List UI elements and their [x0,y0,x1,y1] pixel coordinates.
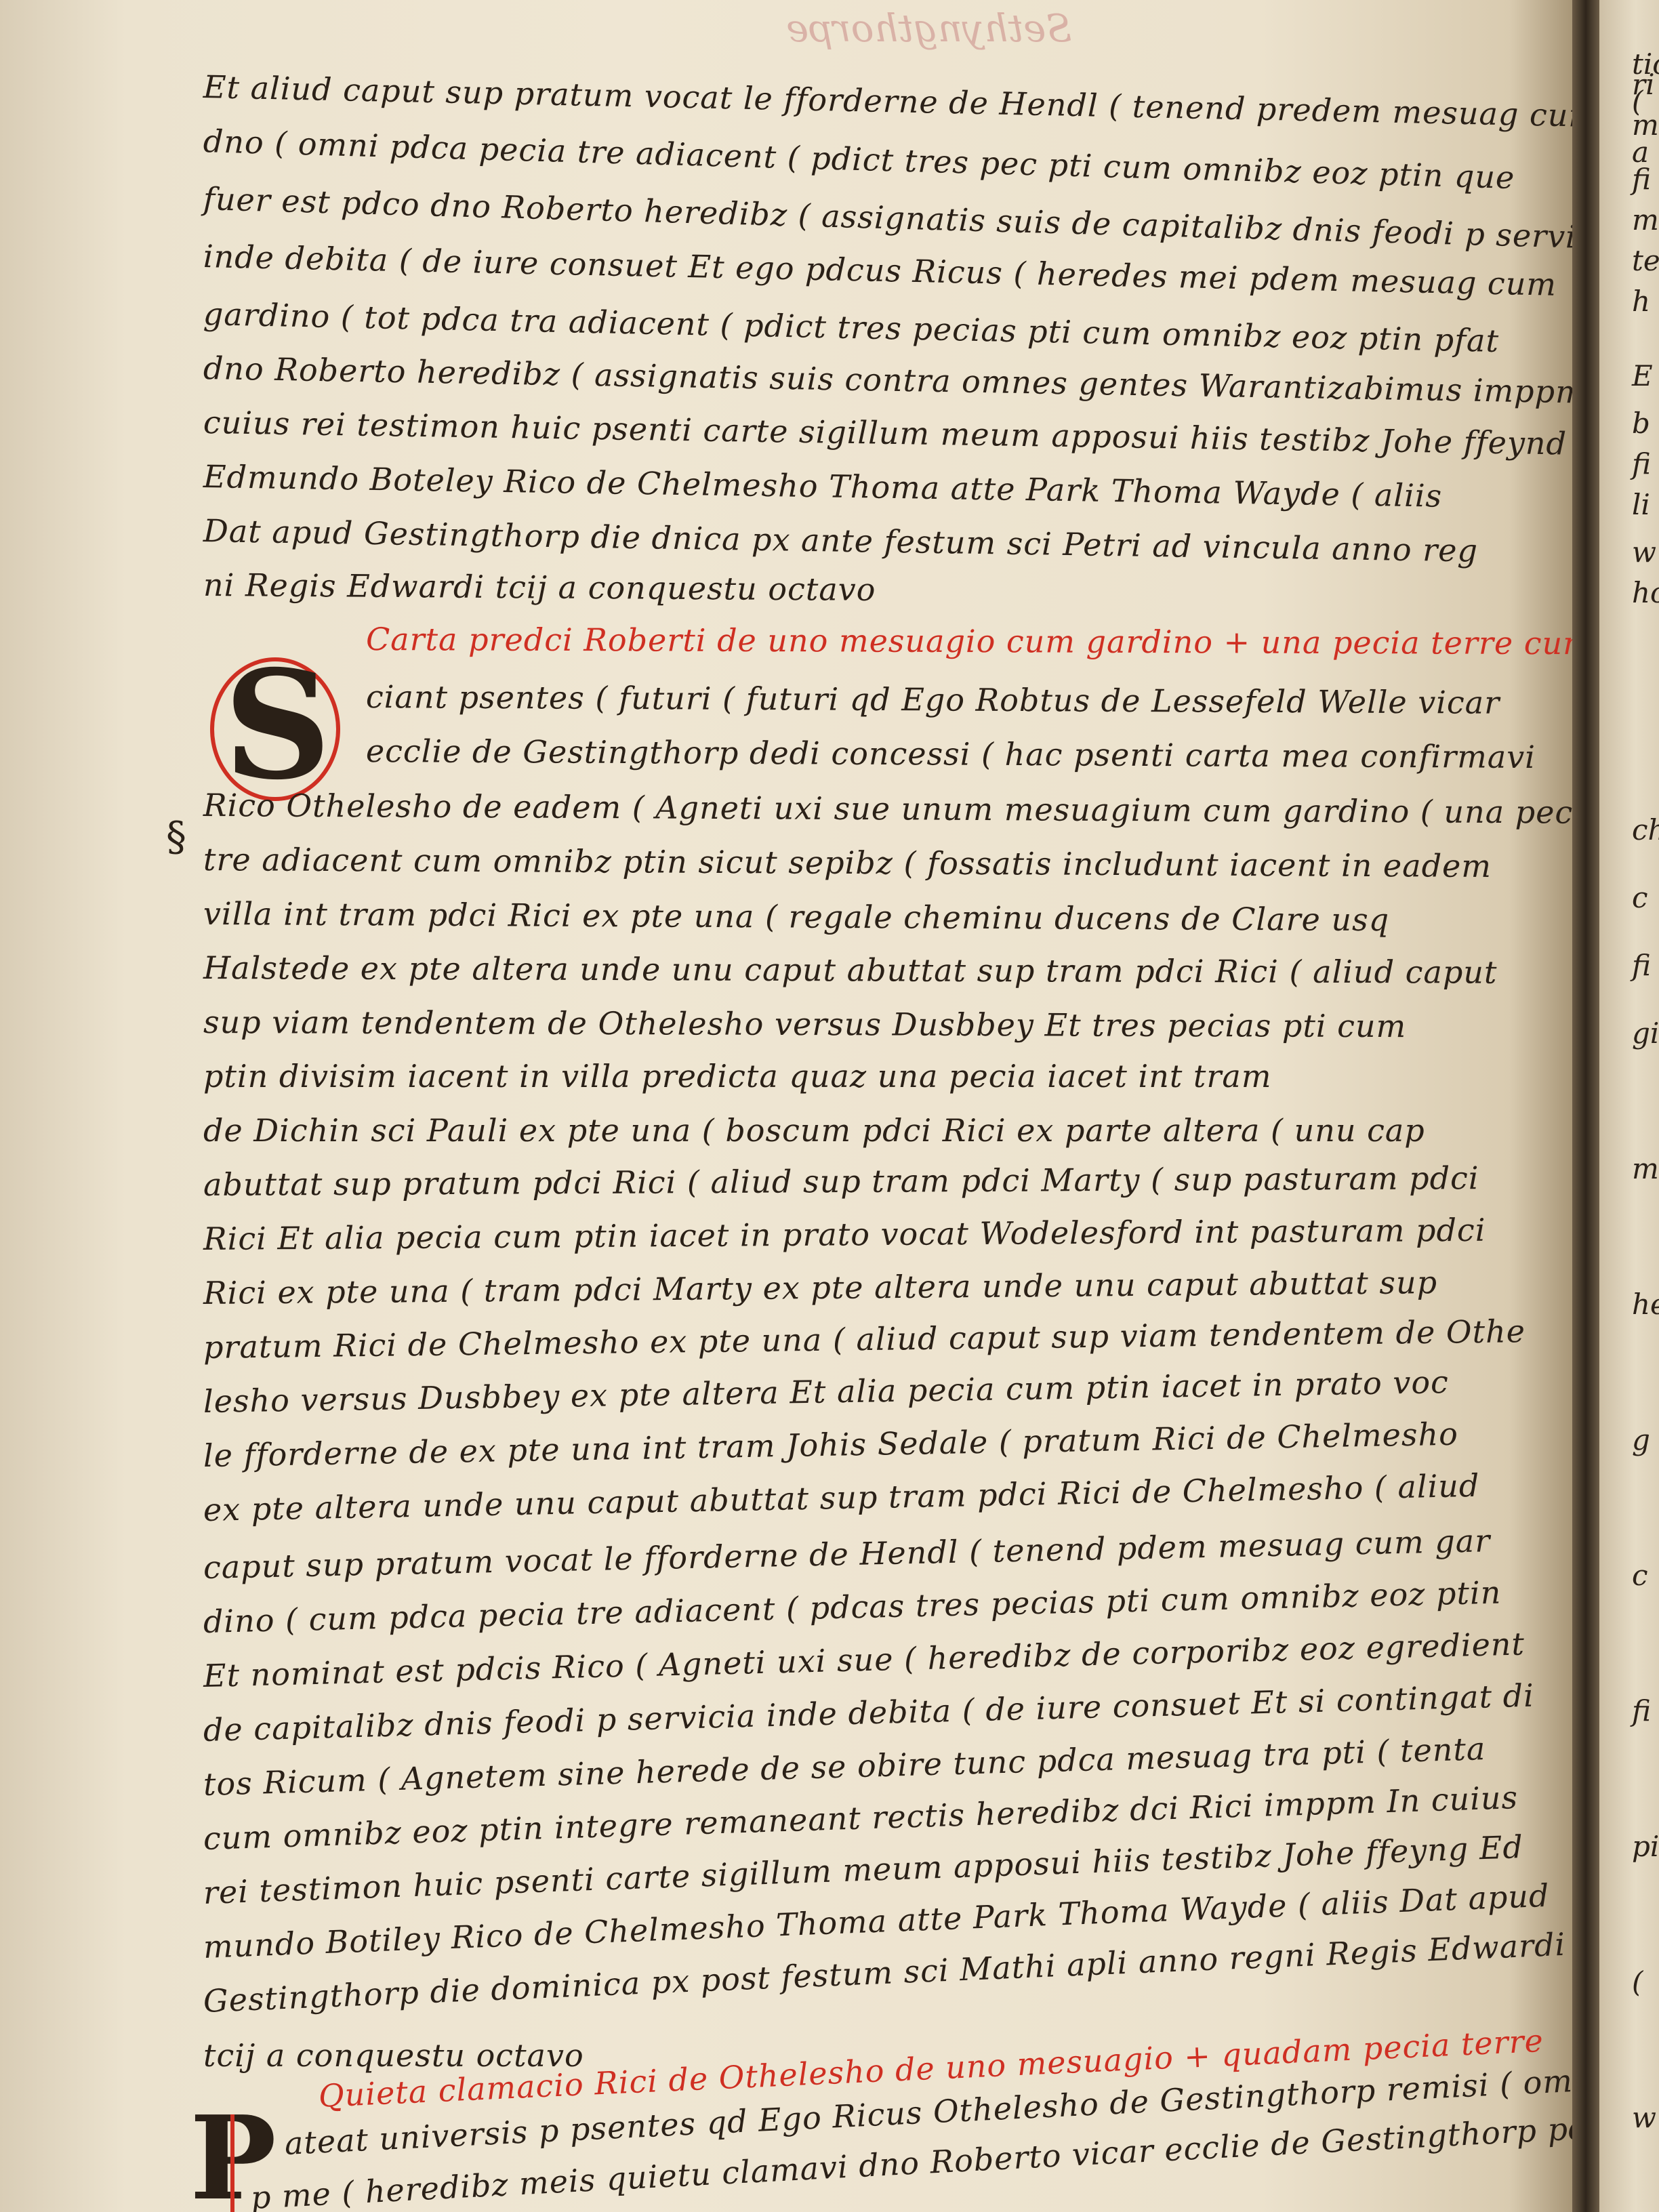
text-line: le fforderne de ex pte una int tram Johi… [203,1418,1492,1471]
facing-page-fragment: fi [1632,163,1651,196]
text-line: ecclie de Gestingthorp dedi concessi ( h… [366,735,1518,773]
text-line: pratum Rici de Chelmesho ex pte una ( al… [203,1316,1491,1363]
text-line: cuius rei testimon huic psenti carte sig… [203,407,1491,458]
facing-page-fragment: te [1632,244,1659,277]
text-line: Halstede ex pte altera unde unu caput ab… [203,952,1491,988]
text-line: Rico Othelesho de eadem ( Agneti uxi sue… [203,790,1491,827]
text-line: gardino ( tot pdca tra adiacent ( pdict … [203,298,1492,356]
facing-page-fragment: b [1632,407,1650,440]
text-line: Edmundo Boteley Rico de Chelmesho Thoma … [203,461,1491,512]
rubric-heading: Carta predci Roberti de uno mesuagio cum… [366,623,1518,659]
facing-page-fragment: h [1632,285,1650,318]
facing-page-fragment: c [1632,881,1648,914]
facing-page-fragment: fi [1632,447,1651,480]
facing-page-fragment: gi [1632,1017,1659,1050]
text-line: lesho versus Dusbbey ex pte altera Et al… [203,1366,1491,1417]
facing-page-fragment: fi [1632,1694,1651,1727]
text-line: Dat apud Gestingthorp die dnica px ante … [203,515,1491,567]
text-line: tre adiacent cum omnibz ptin sicut sepib… [203,844,1491,882]
text-line: ni Regis Edwardi tcij a conquestu octavo [203,569,1491,609]
initial-letter: S [224,651,331,800]
text-line: Rici Et alia pecia cum ptin iacet in pra… [203,1214,1491,1254]
facing-page-fragment: li [1632,488,1650,521]
text-line: ptin divisim iacent in villa predicta qu… [203,1061,1491,1092]
manuscript-page: Sethyngthorpe Et aliud caput sup pratum … [0,0,1572,2212]
text-line: dno Roberto heredibz ( assignatis suis c… [203,352,1492,406]
text-line: dino ( cum pdca pecia tre adiacent ( pdc… [203,1577,1491,1637]
facing-page-fragment: g [1632,1423,1650,1456]
text-line: Et aliud caput sup pratum vocat le fford… [203,71,1492,129]
text-line: sup viam tendentem de Othelesho versus D… [203,1006,1491,1042]
text-line: villa int tram pdci Rici ex pte una ( re… [203,898,1491,936]
text-line: ciant psentes ( futuri ( futuri qd Ego R… [366,681,1518,718]
margin-flourish: § [166,813,186,861]
facing-page-fragment: pi [1632,1830,1659,1863]
text-line: de Dichin sci Pauli ex pte una ( boscum … [203,1115,1491,1146]
facing-page-fragment: ( [1632,1965,1643,1999]
initial-red-stroke [230,2114,234,2212]
text-line: caput sup pratum vocat le fforderne de H… [203,1525,1492,1583]
facing-page-fragment: w [1632,535,1656,569]
facing-page-fragment: w [1632,2101,1656,2134]
facing-page-fragment: m [1632,203,1659,237]
facing-page-fragment: c [1632,1559,1648,1592]
facing-page-fragment: m [1632,1152,1659,1185]
bleed-through-header: Sethyngthorpe [786,7,1072,51]
text-line: ex pte altera unde unu caput abuttat sup… [203,1470,1492,1525]
facing-page-fragment: fi [1632,949,1651,982]
facing-page-edge: tio ri ( m a fi m te h E b fi li w ho ch… [1599,0,1659,2212]
text-line: fuer est pdco dno Roberto heredibz ( ass… [203,183,1491,250]
facing-page-fragment: ho [1632,576,1659,609]
facing-page-fragment: ch [1632,813,1659,846]
book-gutter [1572,0,1599,2212]
text-line: Rici ex pte una ( tram pdci Marty ex pte… [203,1266,1491,1309]
text-line: abuttat sup pratum pdci Rici ( aliud sup… [203,1162,1491,1200]
facing-page-fragment: E [1632,359,1653,392]
text-line: dno ( omni pdca pecia tre adiacent ( pdi… [203,125,1491,192]
text-line: inde debita ( de iure consuet Et ego pdc… [203,241,1492,299]
facing-page-fragment: he [1632,1288,1659,1321]
text-line: Et nominat est pdcis Rico ( Agneti uxi s… [203,1629,1491,1692]
